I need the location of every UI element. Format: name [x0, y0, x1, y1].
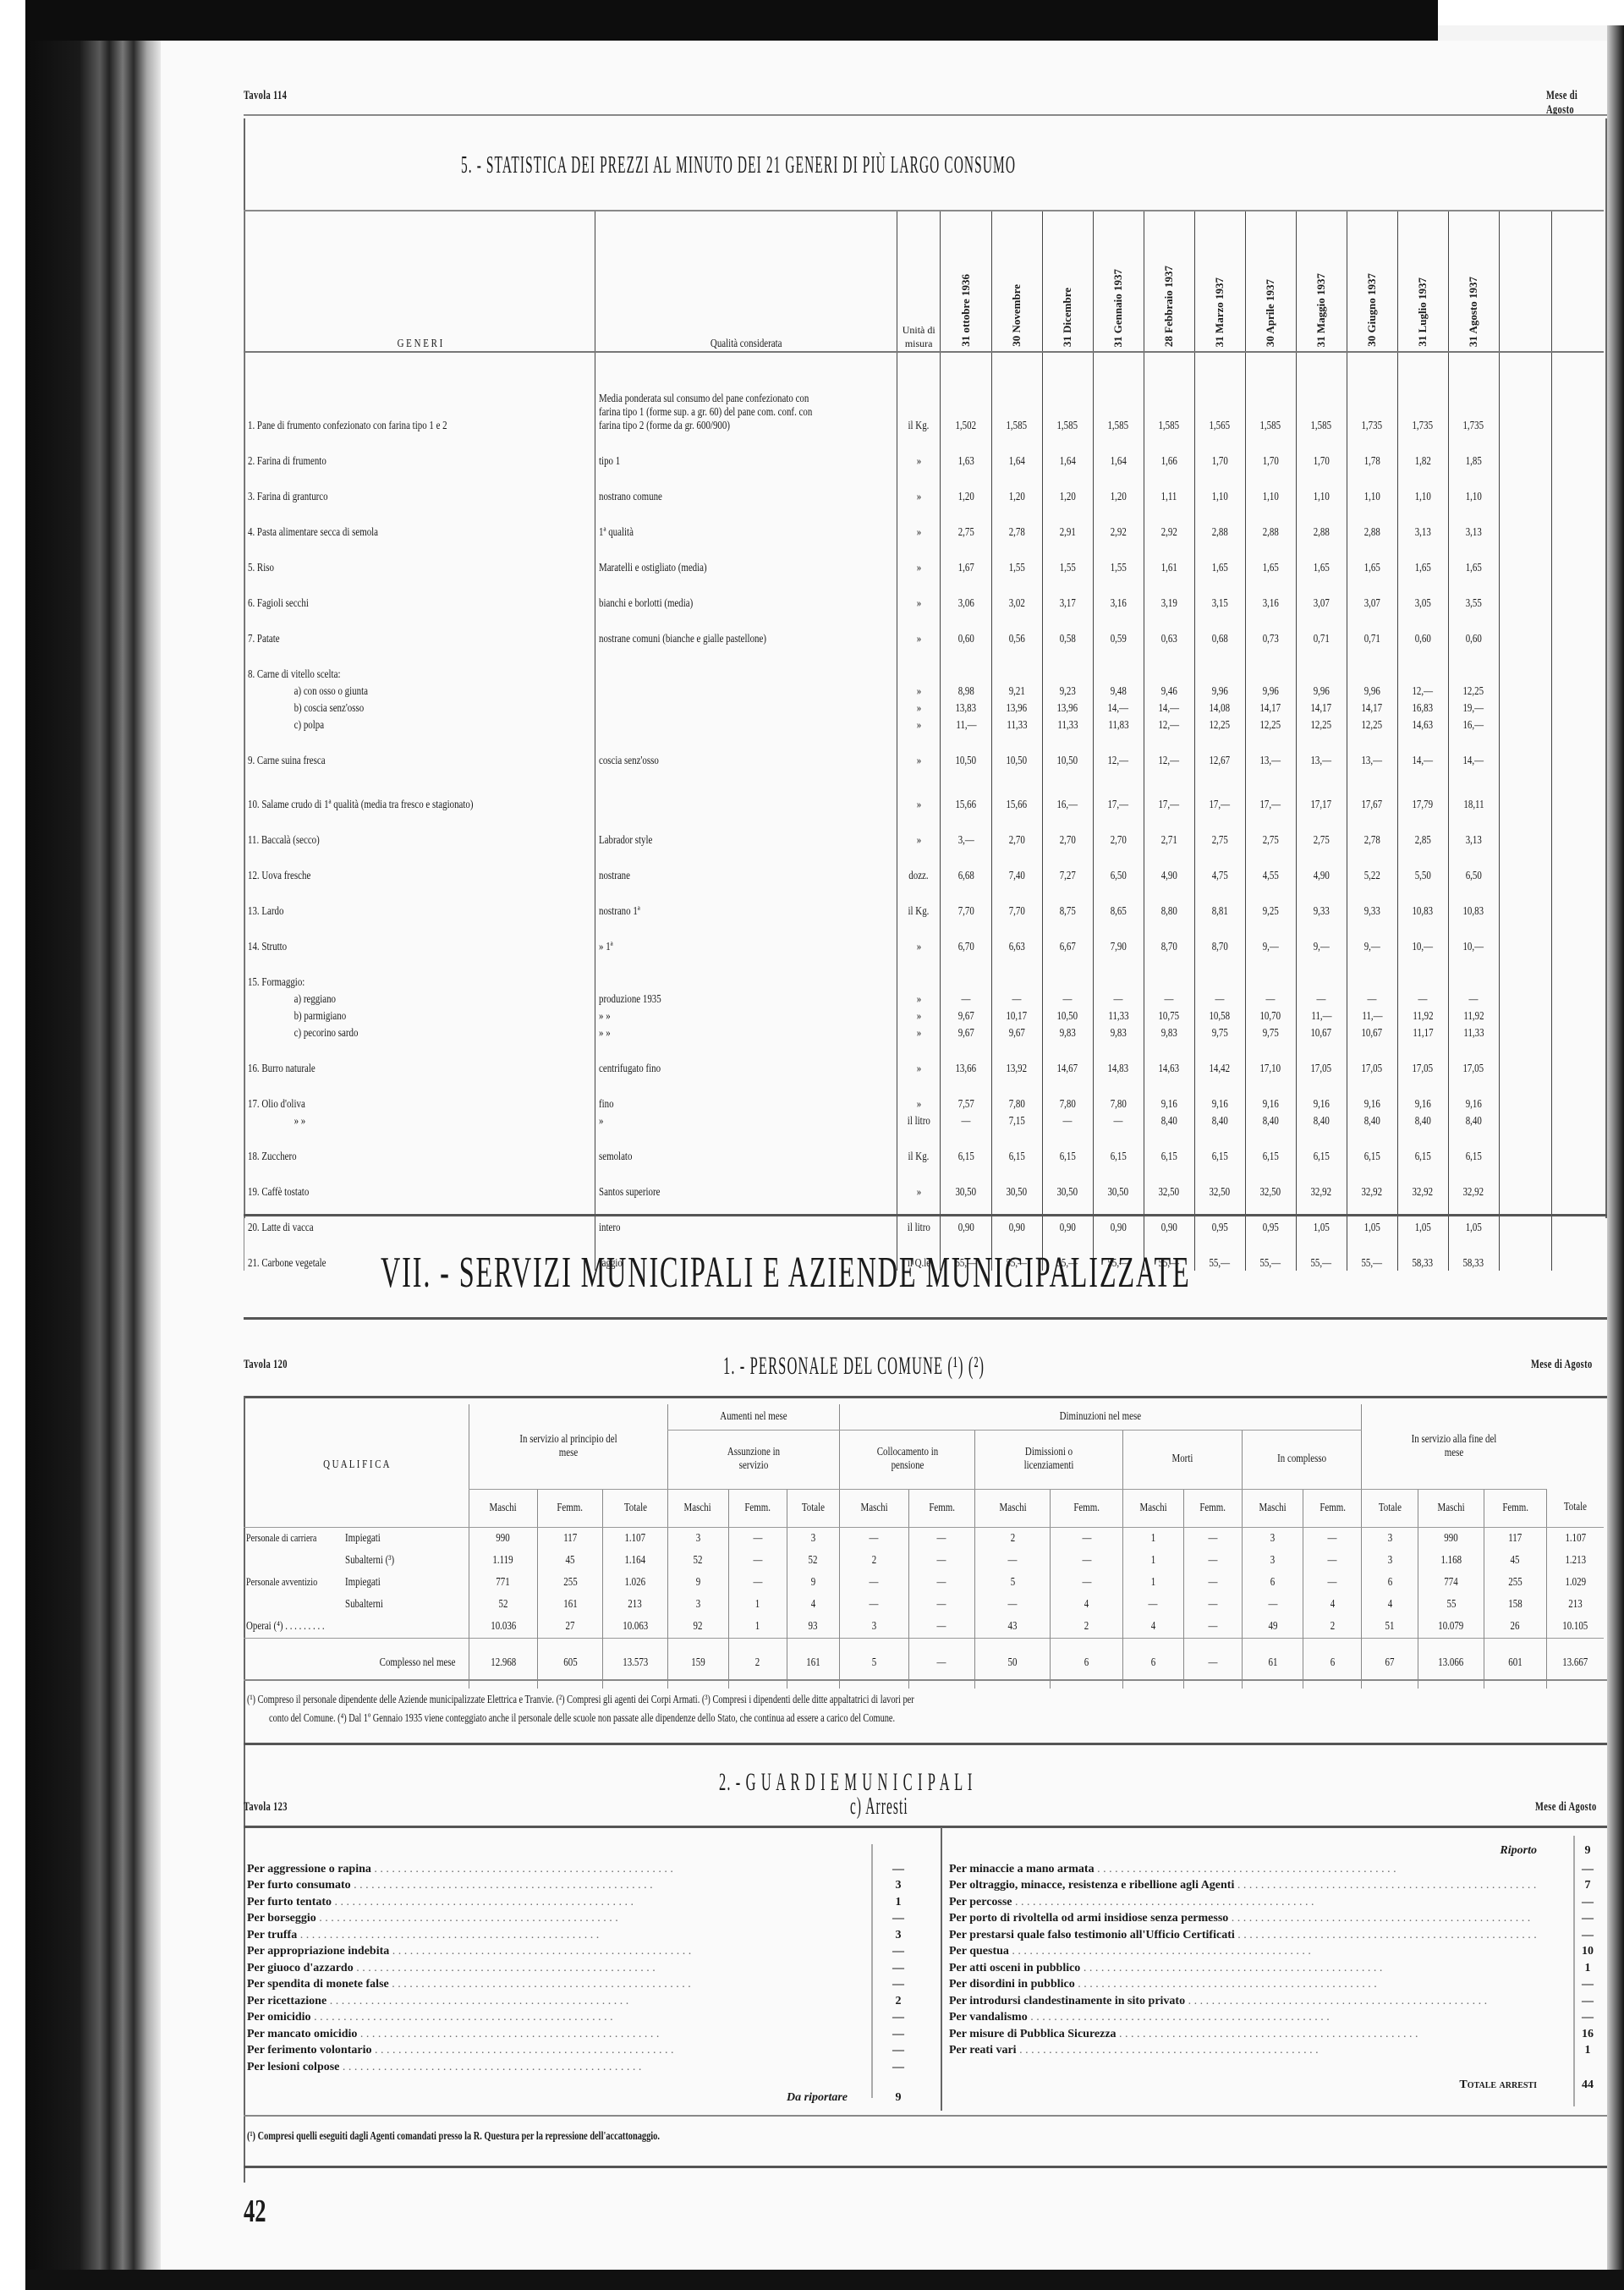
table-row: c) pecorino sardo» »»9,679,679,839,839,8… — [244, 1024, 1605, 1041]
price-value: 30,50 — [1057, 1186, 1078, 1200]
price-value: 8,81 — [1212, 905, 1228, 919]
count-value: 2 — [872, 1554, 876, 1568]
count-value: 990 — [497, 1532, 510, 1546]
row-number: 2. — [248, 455, 255, 468]
price-value: 6,15 — [1364, 1150, 1380, 1164]
count-value: — — [870, 1532, 879, 1546]
qualita-label: » » — [599, 1027, 611, 1041]
arrest-reason: Per lesioni colpose — [247, 2061, 873, 2074]
price-value: 3,15 — [1212, 597, 1228, 611]
price-value: 10,83 — [1463, 905, 1484, 919]
price-value: 2,71 — [1160, 834, 1177, 848]
count-value: 774 — [1444, 1576, 1457, 1590]
price-value: 18,11 — [1463, 799, 1484, 812]
price-value: 0,68 — [1212, 633, 1228, 646]
total-value: 50 — [1008, 1656, 1018, 1670]
month-label: Mese di Agosto — [1546, 89, 1600, 118]
count-value: 52 — [498, 1598, 507, 1612]
price-value: 8,40 — [1160, 1115, 1177, 1129]
total-row: Complesso nel mese12.96860513.5731592161… — [244, 1638, 1604, 1689]
total-value: 6 — [1151, 1656, 1155, 1670]
arrest-row: Per percosse— — [949, 1894, 1613, 1911]
price-value: 12,— — [1413, 685, 1434, 699]
arrest-reason: Per truffa — [247, 1929, 873, 1942]
divider — [244, 1826, 1607, 1828]
scan-edge-bottom — [25, 2270, 1624, 2290]
arrest-reason: Per prestarsi quale falso testimonio all… — [949, 1929, 1562, 1942]
arrest-reason: Per omicidio — [247, 2011, 873, 2024]
price-value: 0,71 — [1364, 633, 1380, 646]
count-value: — — [937, 1576, 946, 1590]
price-value: 11,— — [1311, 1010, 1331, 1024]
genere-label: Fagioli secchi — [257, 597, 309, 610]
genere-label: Pane di frumento confezionato con farina… — [257, 420, 447, 432]
count-value: 3 — [872, 1620, 876, 1634]
col-blank — [1551, 211, 1604, 352]
table-row: 20. Latte di vaccainteroil litro0,900,90… — [244, 1200, 1605, 1235]
unit-label: il litro — [908, 1115, 930, 1129]
genere-label: Riso — [257, 562, 274, 574]
count-value: 3 — [1270, 1554, 1275, 1568]
arrest-reason: Per porto di rivoltella od armi insidios… — [949, 1912, 1562, 1925]
count-value: 3 — [1270, 1532, 1275, 1546]
table-row: 12. Uova freschenostranedozz.6,687,407,2… — [244, 848, 1605, 883]
price-value: 1,10 — [1314, 491, 1330, 504]
price-value: 10,70 — [1260, 1010, 1281, 1024]
price-value: 6,15 — [1415, 1150, 1431, 1164]
total-value: 6 — [1084, 1656, 1089, 1670]
price-value: 6,15 — [1059, 1150, 1075, 1164]
price-value: 1,55 — [1008, 562, 1024, 575]
price-value: 0,90 — [957, 1222, 974, 1235]
price-value: 9,75 — [1263, 1027, 1279, 1041]
price-value: 6,15 — [1263, 1150, 1279, 1164]
price-value: 5,50 — [1415, 870, 1431, 883]
price-value: 10,67 — [1311, 1027, 1332, 1041]
price-value: 9,83 — [1110, 1027, 1126, 1041]
price-value: 1,63 — [957, 455, 974, 469]
price-value: 55,— — [1210, 1257, 1231, 1271]
count-value: — — [1208, 1576, 1217, 1590]
price-value: 3,06 — [957, 597, 974, 611]
price-value: 12,— — [1159, 719, 1180, 733]
arrest-row: Per questua10 — [949, 1944, 1613, 1961]
price-value: 8,70 — [1212, 941, 1228, 954]
price-value: 7,70 — [1008, 905, 1024, 919]
price-value: 10,— — [1413, 941, 1434, 954]
prices-table: G E N E R I Qualità considerata Unità di… — [244, 210, 1604, 1271]
price-value: 1,585 — [1260, 420, 1281, 433]
price-value: 1,05 — [1415, 1222, 1431, 1235]
price-value: 14,63 — [1413, 719, 1434, 733]
genere-label: a) reggiano — [294, 993, 336, 1006]
price-value: 3,13 — [1466, 834, 1482, 848]
genere-label: Baccalà (secco) — [261, 834, 320, 847]
genere-label: Pasta alimentare secca di semola — [257, 526, 378, 539]
totale-value: 44 — [1562, 2079, 1613, 2092]
total-value: 13.573 — [623, 1656, 648, 1670]
col-date-8: 30 Giugno 1937 — [1366, 273, 1378, 347]
arrest-count: — — [1562, 1896, 1613, 1909]
price-value: 9,96 — [1263, 685, 1279, 699]
footnote: (¹) Compreso il personale dipendente del… — [247, 1694, 914, 1707]
table-row: 15. Formaggio: — [244, 954, 1605, 990]
arrest-row: Per omicidio— — [247, 2010, 924, 2027]
price-value: 1,05 — [1314, 1222, 1330, 1235]
count-value: 52 — [809, 1554, 818, 1568]
unit-label: » — [916, 685, 920, 699]
row-number: 7. — [248, 633, 255, 645]
arrest-reason: Per aggressione o rapina — [247, 1863, 873, 1876]
price-value: 17,79 — [1413, 799, 1434, 812]
price-value: 6,67 — [1059, 941, 1075, 954]
price-value: 9,67 — [957, 1010, 974, 1024]
col-maschi: Maschi — [860, 1502, 887, 1515]
arrests-right-list: Per minaccie a mano armata—Per oltraggio… — [949, 1861, 1613, 2059]
count-value: 4 — [1151, 1620, 1155, 1634]
count-value: 1.107 — [1565, 1532, 1586, 1546]
price-value: 2,85 — [1415, 834, 1431, 848]
arrest-count: — — [873, 1962, 924, 1975]
count-value: 2 — [1330, 1620, 1334, 1634]
total-value: — — [1208, 1656, 1217, 1670]
price-value: 1,05 — [1364, 1222, 1380, 1235]
price-value: 11,33 — [1108, 1010, 1128, 1024]
price-value: 7,80 — [1008, 1098, 1024, 1112]
qualita-label: » — [599, 1115, 603, 1129]
price-value: 10,50 — [1057, 755, 1078, 768]
qualifica-label: Subalterni — [345, 1598, 383, 1611]
price-value: 7,80 — [1110, 1098, 1126, 1112]
price-value: 1,55 — [1059, 562, 1075, 575]
arrest-count: — — [873, 1978, 924, 1991]
price-value: 1,735 — [1362, 420, 1383, 433]
price-value: 1,20 — [1059, 491, 1075, 504]
arrest-reason: Per appropriazione indebita — [247, 1945, 873, 1958]
price-value: 10,50 — [956, 755, 977, 768]
count-value: 3 — [695, 1532, 700, 1546]
price-value: 14,— — [1463, 755, 1484, 768]
price-value: 8,40 — [1212, 1115, 1228, 1129]
count-value: 1 — [1151, 1532, 1155, 1546]
price-value: 7,27 — [1059, 870, 1075, 883]
table-row: Personale avventizioImpiegati7712551.026… — [244, 1572, 1604, 1594]
arrest-count: 7 — [1562, 1879, 1613, 1892]
genere-label: a) con osso o giunta — [294, 685, 368, 698]
count-value: 990 — [1444, 1532, 1457, 1546]
arrest-row: Per minaccie a mano armata— — [949, 1861, 1613, 1878]
row-number: 15. — [248, 976, 260, 989]
count-value: 10.063 — [623, 1620, 648, 1634]
price-value: — — [1165, 993, 1174, 1007]
unit-label: » — [916, 526, 920, 540]
row-number: 8. — [248, 668, 255, 681]
price-value: — — [1368, 993, 1377, 1007]
genere-label: Farina di frumento — [257, 455, 326, 468]
price-value: 3,13 — [1466, 526, 1482, 540]
price-value: 11,92 — [1463, 1010, 1484, 1024]
arrest-reason: Per furto consumato — [247, 1879, 873, 1892]
genere-label: Lardo — [261, 905, 283, 918]
price-value: 0,59 — [1110, 633, 1126, 646]
count-value: 1.029 — [1565, 1576, 1586, 1590]
table-number: Tavola 114 — [244, 89, 287, 103]
qualita-label: centrifugato fino — [599, 1063, 661, 1076]
arrest-reason: Per spendita di monete false — [247, 1978, 873, 1991]
price-value: 1,585 — [1108, 420, 1129, 433]
genere-label: c) polpa — [294, 719, 324, 732]
footnote: conto del Comune. (⁴) Dal 1º Gennaio 193… — [269, 1712, 895, 1726]
price-value: — — [1418, 993, 1428, 1007]
frame-right — [1605, 118, 1607, 1218]
price-value: 9,96 — [1212, 685, 1228, 699]
count-value: 92 — [694, 1620, 703, 1634]
arrest-count: — — [1562, 1929, 1613, 1942]
price-value: 13,— — [1362, 755, 1383, 768]
price-value: 2,88 — [1364, 526, 1380, 540]
count-value: 27 — [566, 1620, 575, 1634]
count-value: 1 — [1151, 1554, 1155, 1568]
price-value: 4,90 — [1314, 870, 1330, 883]
count-value: 1.119 — [493, 1554, 513, 1568]
price-value: 1,64 — [1008, 455, 1024, 469]
totale-label: Totale arresti — [949, 2079, 1562, 2092]
col-aumenti: Aumenti nel mese — [720, 1410, 787, 1424]
count-value: 6 — [1388, 1576, 1392, 1590]
col-date-6: 30 Aprile 1937 — [1265, 279, 1276, 347]
genere-label: Olio d'oliva — [261, 1098, 304, 1111]
count-value: 3 — [695, 1598, 700, 1612]
col-date-9: 31 Luglio 1937 — [1417, 277, 1429, 347]
col-morti: Morti — [1171, 1453, 1193, 1466]
count-value: 5 — [1010, 1576, 1014, 1590]
arrest-row: Per furto consumato3 — [247, 1878, 924, 1895]
price-value: 2,70 — [1110, 834, 1126, 848]
col-dimissioni: Dimissioni o licenziamenti — [1012, 1446, 1085, 1473]
unit-label: » — [916, 1186, 920, 1200]
qualita-label: intero — [599, 1222, 620, 1235]
col-unita: Unità di misura — [903, 324, 935, 349]
qualita-label: 1ª qualità — [599, 526, 634, 540]
col-femm: Femm. — [929, 1502, 955, 1515]
arrest-reason: Per minaccie a mano armata — [949, 1863, 1562, 1876]
price-value: 12,25 — [1311, 719, 1332, 733]
arrest-row: Per appropriazione indebita— — [247, 1944, 924, 1961]
col-in-servizio-fine: In servizio alla fine del mese — [1408, 1433, 1501, 1460]
table-title: 5. - STATISTICA DEI PREZZI AL MINUTO DEI… — [461, 152, 1016, 179]
price-value: 9,— — [1263, 941, 1279, 954]
riporto-label: Riporto — [949, 1844, 1562, 1858]
count-value: 49 — [1268, 1620, 1277, 1634]
price-value: 9,83 — [1160, 1027, 1177, 1041]
count-value: 1.107 — [625, 1532, 646, 1546]
price-value: 9,16 — [1160, 1098, 1177, 1112]
price-value: 2,70 — [1008, 834, 1024, 848]
count-value: 117 — [1508, 1532, 1522, 1546]
arrest-row: Per atti osceni in pubblico1 — [949, 1960, 1613, 1977]
count-value: 255 — [563, 1576, 577, 1590]
qualifica-label: Impiegati — [345, 1576, 381, 1589]
col-date-1: 30 Novembre — [1011, 284, 1023, 347]
unit-label: » — [916, 562, 920, 575]
price-value: 5,22 — [1364, 870, 1380, 883]
table-row: 4. Pasta alimentare secca di semola1ª qu… — [244, 504, 1605, 540]
price-value: 17,05 — [1362, 1063, 1383, 1076]
price-value: 9,83 — [1059, 1027, 1075, 1041]
qualifica-label: Operai (⁴) — [246, 1620, 283, 1633]
table-row: Personale di carrieraImpiegati9901171.10… — [244, 1527, 1604, 1550]
genere-label: b) coscia senz'osso — [294, 702, 365, 715]
price-value: 0,73 — [1263, 633, 1279, 646]
price-value: 32,92 — [1463, 1186, 1484, 1200]
price-value: 1,65 — [1263, 562, 1279, 575]
table-row: 2. Farina di frumentotipo 1»1,631,641,64… — [244, 433, 1605, 469]
price-value: 9,75 — [1212, 1027, 1228, 1041]
col-maschi: Maschi — [999, 1502, 1026, 1515]
price-value: 1,70 — [1212, 455, 1228, 469]
price-value: 14,— — [1159, 702, 1180, 716]
arrest-reason: Per borseggio — [247, 1912, 873, 1925]
price-value: 8,75 — [1059, 905, 1075, 919]
arrest-row: Per porto di rivoltella od armi insidios… — [949, 1911, 1613, 1928]
genere-label: b) parmigiano — [294, 1010, 347, 1023]
total-value: 67 — [1385, 1656, 1395, 1670]
count-value: 255 — [1508, 1576, 1522, 1590]
price-value: 3,07 — [1364, 597, 1380, 611]
price-value: 2,78 — [1364, 834, 1380, 848]
col-totale: Totale — [802, 1502, 825, 1515]
price-value: 2,75 — [1212, 834, 1228, 848]
col-complesso: In complesso — [1277, 1453, 1326, 1466]
unit-label: » — [916, 834, 920, 848]
unit-label: il Kg. — [908, 1150, 930, 1164]
price-value: 8,98 — [957, 685, 974, 699]
arrest-row: Per giuoco d'azzardo— — [247, 1960, 924, 1977]
total-value: 601 — [1508, 1656, 1522, 1670]
price-value: 10,75 — [1159, 1010, 1180, 1024]
total-value: 2 — [755, 1656, 760, 1670]
price-value: 13,83 — [956, 702, 977, 716]
count-value: 4 — [1330, 1598, 1334, 1612]
qualita-label: nostrano 1ª — [599, 905, 640, 919]
count-value: 3 — [811, 1532, 815, 1546]
price-value: 1,05 — [1466, 1222, 1482, 1235]
price-value: 7,90 — [1110, 941, 1126, 954]
count-value: — — [870, 1598, 879, 1612]
price-value: 7,80 — [1059, 1098, 1075, 1112]
price-value: 2,75 — [1314, 834, 1330, 848]
count-value: — — [1208, 1532, 1217, 1546]
count-value: 3 — [1388, 1532, 1392, 1546]
column-divider — [941, 1827, 942, 2111]
count-value: 1 — [755, 1620, 760, 1634]
arrest-row: Per borseggio— — [247, 1911, 924, 1928]
price-value: 8,40 — [1466, 1115, 1482, 1129]
price-value: 12,25 — [1260, 719, 1281, 733]
price-value: 0,90 — [1110, 1222, 1126, 1235]
price-value: 19,— — [1463, 702, 1484, 716]
count-value: — — [1328, 1532, 1337, 1546]
genere-label: Strutto — [261, 941, 287, 953]
price-value: 6,68 — [957, 870, 974, 883]
count-value: 213 — [628, 1598, 642, 1612]
arrest-count: — — [1562, 2011, 1613, 2024]
price-value: 0,90 — [1008, 1222, 1024, 1235]
arrest-count: 3 — [873, 1929, 924, 1942]
price-value: 2,75 — [1263, 834, 1279, 848]
price-value: 14,— — [1108, 702, 1129, 716]
price-value: 2,75 — [957, 526, 974, 540]
price-value: 10,— — [1463, 941, 1484, 954]
price-value: 6,15 — [1212, 1150, 1228, 1164]
arrest-count: — — [873, 2011, 924, 2024]
price-value: 14,08 — [1210, 702, 1231, 716]
table-row: » »»il litro—7,15——8,408,408,408,408,408… — [244, 1112, 1605, 1129]
count-value: 4 — [1388, 1598, 1392, 1612]
unit-label: il Kg. — [908, 905, 930, 919]
total-value: 161 — [806, 1656, 820, 1670]
table-number: Tavola 123 — [244, 1800, 288, 1815]
genere-label: Uova fresche — [261, 870, 310, 882]
price-value: 11,33 — [1007, 719, 1027, 733]
price-value: 1,67 — [957, 562, 974, 575]
price-value: — — [1063, 1115, 1073, 1129]
price-value: 13,66 — [956, 1063, 977, 1076]
price-value: 6,63 — [1008, 941, 1024, 954]
count-value: 4 — [811, 1598, 815, 1612]
price-value: 4,55 — [1263, 870, 1279, 883]
unit-label: » — [916, 941, 920, 954]
price-value: 1,78 — [1364, 455, 1380, 469]
col-date-3: 31 Gennaio 1937 — [1112, 269, 1124, 347]
price-value: 8,40 — [1364, 1115, 1380, 1129]
total-label: Complesso nel mese — [380, 1656, 456, 1670]
price-value: 12,25 — [1210, 719, 1231, 733]
col-in-servizio-inizio: In servizio al principio del mese — [518, 1433, 617, 1460]
arrest-reason: Per oltraggio, minacce, resistenza e rib… — [949, 1879, 1562, 1892]
count-value: 1.213 — [1565, 1554, 1586, 1568]
price-value: 9,96 — [1364, 685, 1380, 699]
count-value: — — [1082, 1554, 1091, 1568]
count-value: — — [1208, 1620, 1217, 1634]
count-value: 10.079 — [1439, 1620, 1464, 1634]
table-row: c) polpa»11,—11,3311,3311,8312,—12,2512,… — [244, 716, 1605, 733]
col-totale: Totale — [623, 1502, 646, 1515]
page-number: 42 — [244, 2193, 266, 2230]
price-value: 17,05 — [1463, 1063, 1484, 1076]
unit-label: » — [916, 1098, 920, 1112]
count-value: 9 — [811, 1576, 815, 1590]
divider — [244, 2115, 1607, 2117]
price-value: 8,40 — [1314, 1115, 1330, 1129]
price-value: 9,96 — [1314, 685, 1330, 699]
price-value: — — [1317, 993, 1326, 1007]
unit-label: il Kg. — [908, 420, 930, 433]
count-value: 45 — [1511, 1554, 1520, 1568]
price-value: 1,65 — [1466, 562, 1482, 575]
price-value: 1,20 — [1110, 491, 1126, 504]
price-value: 11,92 — [1413, 1010, 1433, 1024]
price-value: 9,16 — [1415, 1098, 1431, 1112]
price-value: 10,50 — [1057, 1010, 1078, 1024]
col-generi: G E N E R I — [397, 338, 442, 351]
price-value: 1,70 — [1263, 455, 1279, 469]
arrest-reason: Per percosse — [949, 1896, 1562, 1909]
price-value: 12,25 — [1463, 685, 1484, 699]
price-value: 8,80 — [1160, 905, 1177, 919]
price-value: 1,64 — [1110, 455, 1126, 469]
price-value: 1,65 — [1212, 562, 1228, 575]
